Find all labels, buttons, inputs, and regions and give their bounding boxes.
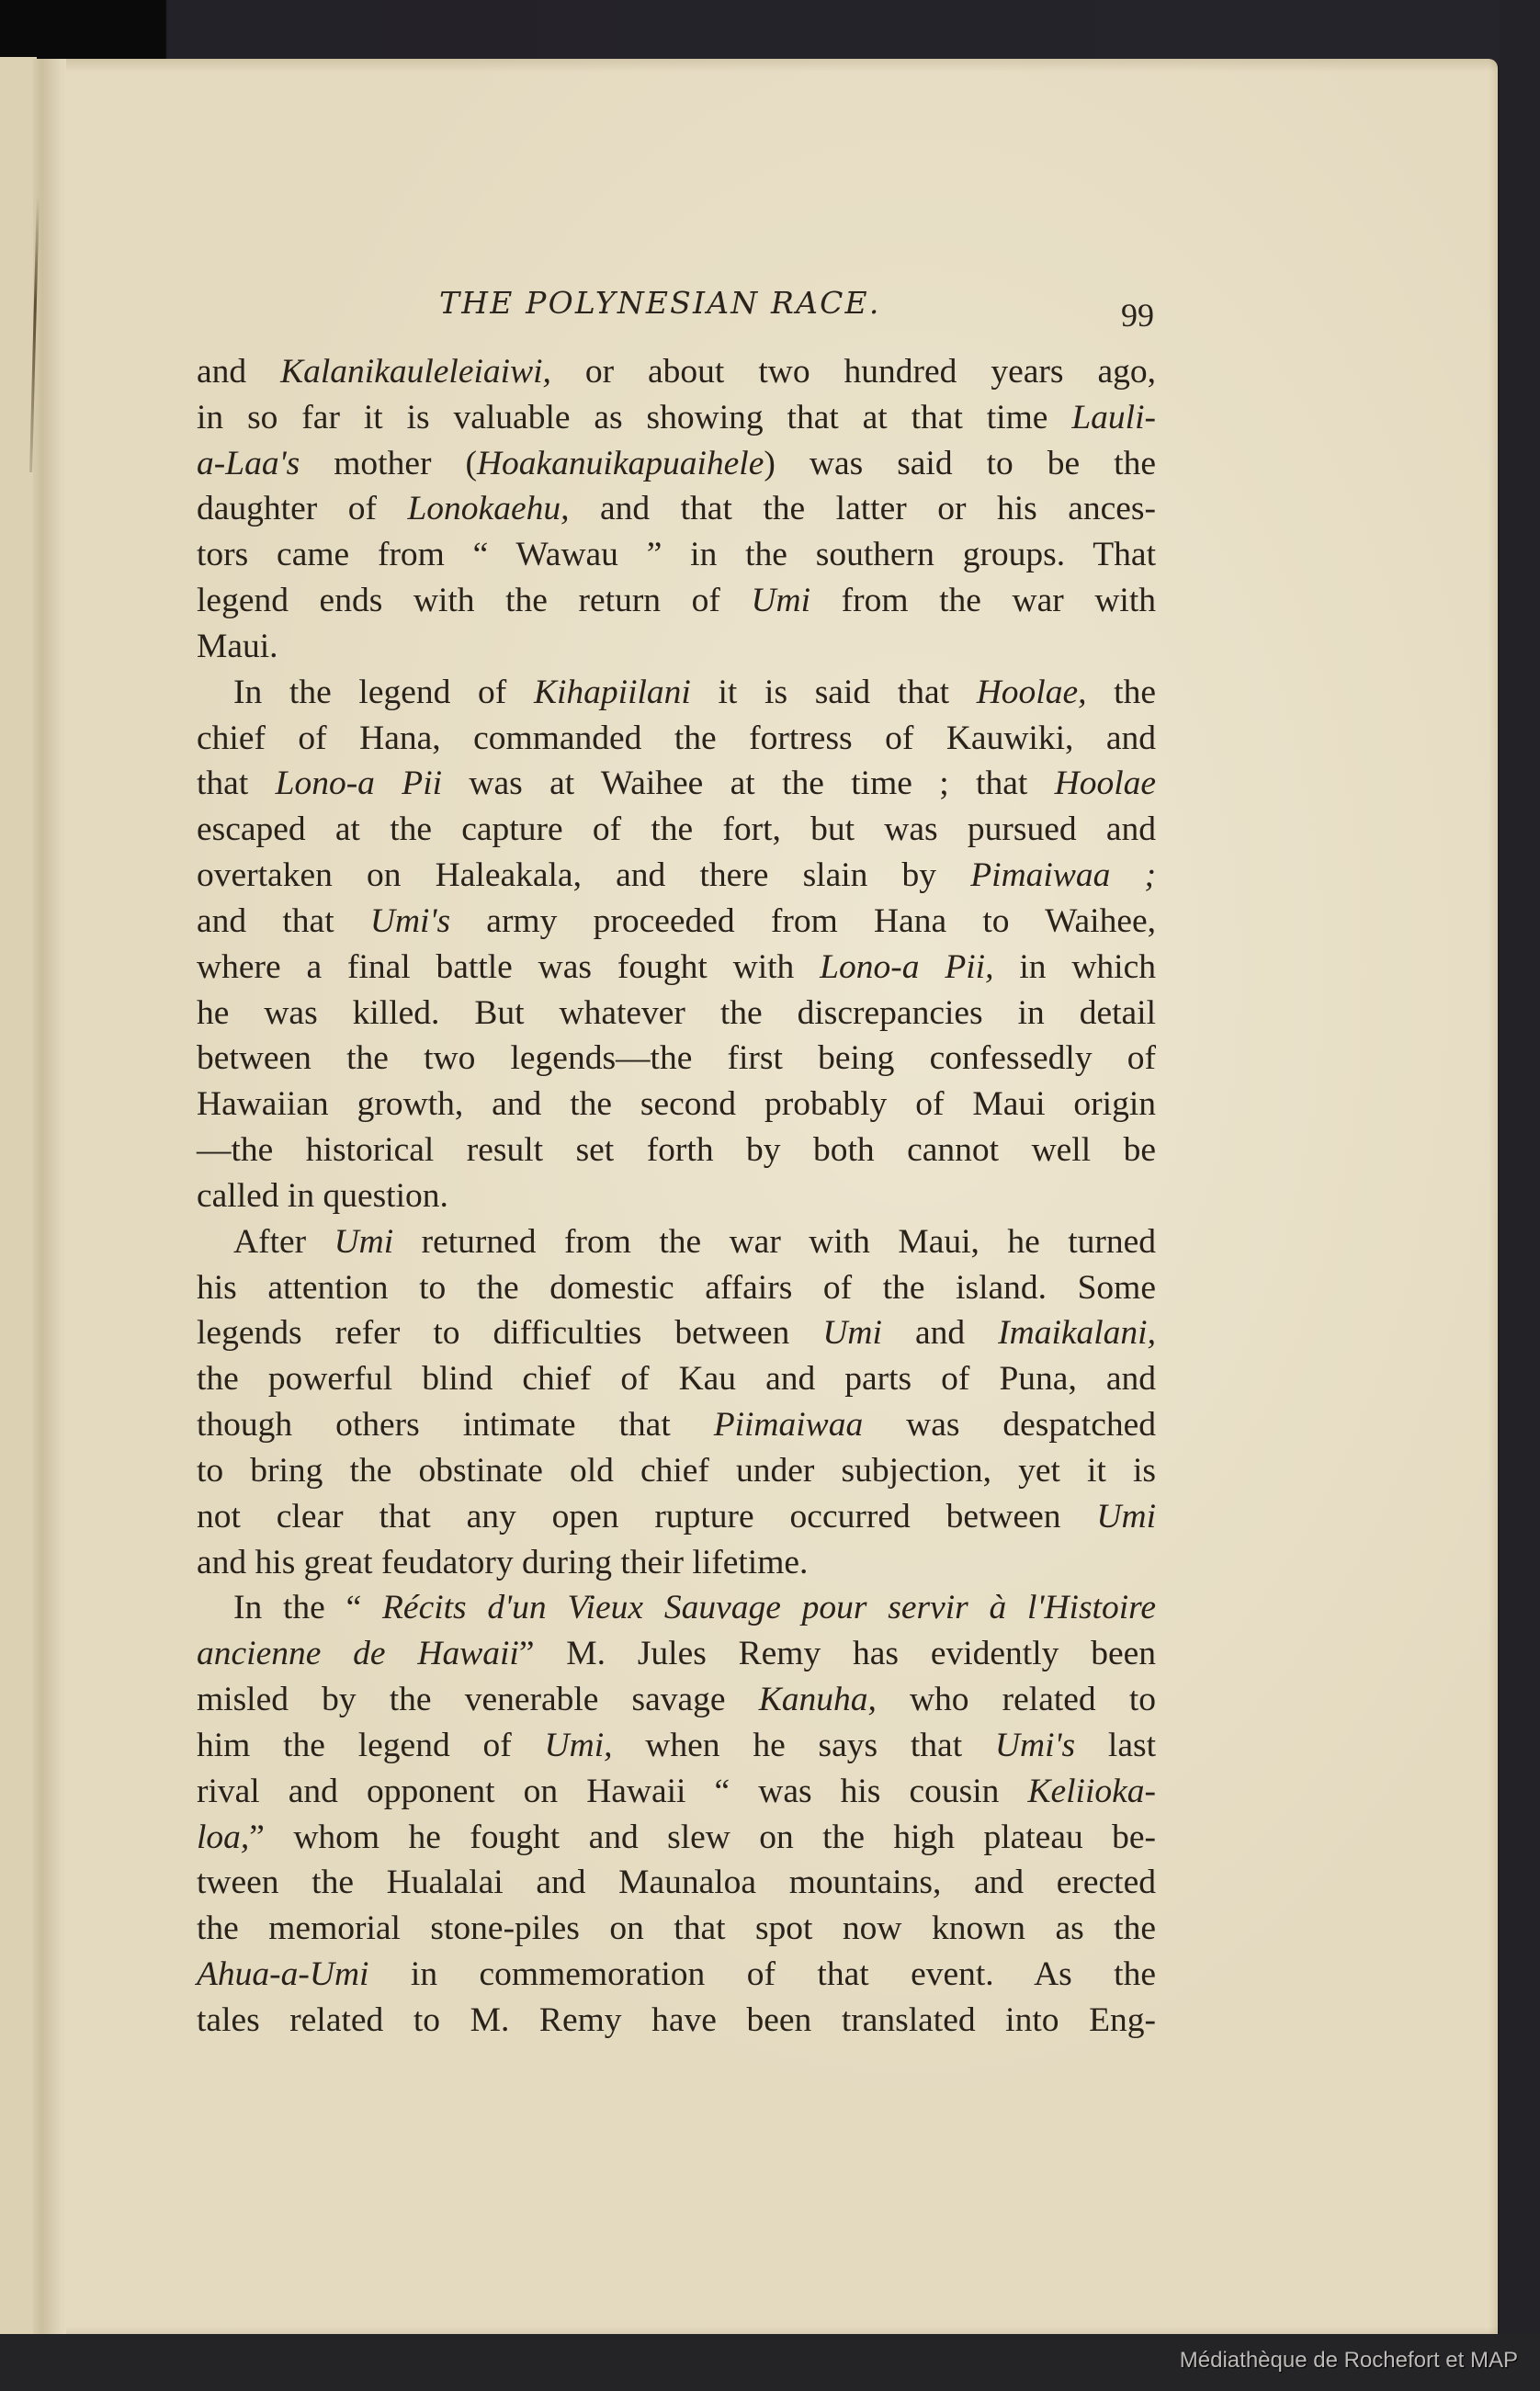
italic-text: Umi [334, 1223, 394, 1261]
italic-text: Umi, [545, 1727, 613, 1764]
text-segment: ” whom he fought and slew on the high pl… [249, 1819, 1156, 1856]
text-segment: and [197, 353, 280, 391]
text-segment: tors came from “ Wawau ” in the southern… [197, 536, 1156, 573]
text-line: a-Laa's mother (Hoakanuikapuaihele) was … [197, 441, 1156, 487]
scan-backdrop-right [1500, 0, 1540, 2391]
text-segment: was despatched [863, 1406, 1156, 1444]
italic-text: Imaikalani, [998, 1314, 1156, 1352]
text-line: ancienne de Hawaii” M. Jules Remy has ev… [197, 1631, 1156, 1677]
text-segment: In the “ [233, 1589, 382, 1626]
text-line: tales related to M. Remy have been trans… [197, 1998, 1156, 2044]
text-segment: and that [197, 902, 370, 940]
italic-text: ancienne de Hawaii [197, 1635, 519, 1672]
text-line: tors came from “ Wawau ” in the southern… [197, 532, 1156, 578]
text-segment: when he says that [613, 1727, 995, 1764]
italic-text: Hoolae [1055, 765, 1156, 802]
text-line: After Umi returned from the war with Mau… [197, 1219, 1156, 1265]
italic-text: Umi's [370, 902, 450, 940]
text-segment: or about two hundred years ago, [551, 353, 1156, 391]
text-segment: In the legend of [233, 674, 534, 711]
italic-text: Piimaiwaa [714, 1406, 864, 1444]
text-line: —the historical result set forth by both… [197, 1128, 1156, 1173]
text-segment: that [197, 765, 276, 802]
text-segment: where a final battle was fought with [197, 948, 820, 986]
italic-text: Lono-a Pii [276, 765, 442, 802]
text-line: his attention to the domestic affairs of… [197, 1265, 1156, 1311]
text-line: where a final battle was fought with Lon… [197, 945, 1156, 991]
body-text: and Kalanikauleleiaiwi, or about two hun… [197, 349, 1156, 2044]
italic-text: Lonokaehu, [407, 490, 569, 527]
text-line: that Lono-a Pii was at Waihee at the tim… [197, 761, 1156, 807]
text-segment: from the war with [810, 582, 1156, 619]
italic-text: Récits d'un Vieux Sauvage pour servir à … [382, 1589, 1156, 1626]
text-line: and that Umi's army proceeded from Hana … [197, 899, 1156, 945]
text-segment: army proceeded from Hana to Waihee, [450, 902, 1156, 940]
text-segment: tales related to M. Remy have been trans… [197, 2001, 1156, 2039]
italic-text: Hoolae, [977, 674, 1087, 711]
text-segment: it is said that [691, 674, 977, 711]
text-line: the powerful blind chief of Kau and part… [197, 1356, 1156, 1402]
text-segment: his attention to the domestic affairs of… [197, 1269, 1156, 1307]
text-line: not clear that any open rupture occurred… [197, 1494, 1156, 1540]
text-line: chief of Hana, commanded the fortress of… [197, 716, 1156, 762]
text-line: escaped at the capture of the fort, but … [197, 807, 1156, 853]
text-segment: mother ( [300, 445, 477, 482]
italic-text: Pimaiwaa ; [970, 856, 1156, 894]
page-number: 99 [1121, 296, 1154, 334]
text-segment: the powerful blind chief of Kau and part… [197, 1360, 1156, 1398]
text-segment: and his great feudatory during their lif… [197, 1544, 808, 1581]
italic-text: Kanuha, [759, 1681, 877, 1718]
text-line: Ahua-a-Umi in commemoration of that even… [197, 1952, 1156, 1998]
text-segment: in so far it is valuable as showing that… [197, 399, 1071, 436]
text-line: called in question. [197, 1173, 1156, 1219]
text-line: legends refer to difficulties between Um… [197, 1310, 1156, 1356]
text-segment: tween the Hualalai and Maunaloa mountain… [197, 1864, 1156, 1901]
italic-text: a-Laa's [197, 445, 300, 482]
text-line: In the legend of Kihapiilani it is said … [197, 670, 1156, 716]
text-segment: misled by the venerable savage [197, 1681, 759, 1718]
text-segment: between the two legends—the first being … [197, 1039, 1156, 1077]
text-line: him the legend of Umi, when he says that… [197, 1723, 1156, 1769]
text-line: misled by the venerable savage Kanuha, w… [197, 1677, 1156, 1723]
text-line: Maui. [197, 624, 1156, 670]
text-segment: legend ends with the return of [197, 582, 751, 619]
italic-text: loa, [197, 1819, 249, 1856]
text-segment: rival and opponent on Hawaii “ was his c… [197, 1773, 1027, 1810]
text-segment: ” M. Jules Remy has evidently been [519, 1635, 1156, 1672]
text-line: to bring the obstinate old chief under s… [197, 1448, 1156, 1494]
text-segment: escaped at the capture of the fort, but … [197, 810, 1156, 848]
text-segment: the memorial stone-piles on that spot no… [197, 1909, 1156, 1947]
scan-backdrop-top [0, 0, 1540, 64]
text-segment: him the legend of [197, 1727, 545, 1764]
text-segment: though others intimate that [197, 1406, 714, 1444]
text-segment: and [882, 1314, 998, 1352]
text-segment: Hawaiian growth, and the second probably… [197, 1085, 1156, 1123]
text-segment: legends refer to difficulties between [197, 1314, 822, 1352]
page-gutter [33, 59, 66, 2338]
text-segment: Maui. [197, 628, 278, 665]
italic-text: Keliioka- [1027, 1773, 1156, 1810]
watermark: Médiathèque de Rochefort et MAP [1180, 2348, 1518, 2374]
text-segment: in commemoration of that event. As the [368, 1955, 1156, 1993]
text-line: the memorial stone-piles on that spot no… [197, 1906, 1156, 1952]
italic-text: Lauli- [1071, 399, 1156, 436]
text-segment: called in question. [197, 1177, 448, 1215]
text-segment: chief of Hana, commanded the fortress of… [197, 720, 1156, 757]
text-segment: daughter of [197, 490, 407, 527]
text-segment: he was killed. But whatever the discrepa… [197, 994, 1156, 1032]
text-segment: in which [993, 948, 1156, 986]
text-line: tween the Hualalai and Maunaloa mountain… [197, 1860, 1156, 1906]
text-segment: overtaken on Haleakala, and there slain … [197, 856, 970, 894]
italic-text: Umi's [995, 1727, 1075, 1764]
text-line: and his great feudatory during their lif… [197, 1540, 1156, 1586]
text-line: Hawaiian growth, and the second probably… [197, 1082, 1156, 1128]
text-line: loa,” whom he fought and slew on the hig… [197, 1815, 1156, 1861]
italic-text: Hoakanuikapuaihele [477, 445, 764, 482]
text-line: he was killed. But whatever the discrepa… [197, 991, 1156, 1037]
italic-text: Umi [751, 582, 810, 619]
text-line: In the “ Récits d'un Vieux Sauvage pour … [197, 1585, 1156, 1631]
text-line: and Kalanikauleleiaiwi, or about two hun… [197, 349, 1156, 395]
italic-text: Kalanikauleleiaiwi, [280, 353, 551, 391]
text-segment: returned from the war with Maui, he turn… [393, 1223, 1156, 1261]
text-segment: After [233, 1223, 334, 1261]
text-segment: and that the latter or his ances- [569, 490, 1156, 527]
text-line: daughter of Lonokaehu, and that the latt… [197, 486, 1156, 532]
text-segment: last [1075, 1727, 1156, 1764]
italic-text: Umi [822, 1314, 882, 1352]
text-segment: to bring the obstinate old chief under s… [197, 1452, 1156, 1490]
text-segment: who related to [877, 1681, 1156, 1718]
text-segment: the [1087, 674, 1157, 711]
italic-text: Umi [1096, 1498, 1156, 1535]
text-line: in so far it is valuable as showing that… [197, 395, 1156, 441]
text-segment: was at Waihee at the time ; that [442, 765, 1055, 802]
italic-text: Lono-a Pii, [820, 948, 993, 986]
text-segment: ) was said to be the [764, 445, 1156, 482]
text-line: legend ends with the return of Umi from … [197, 578, 1156, 624]
italic-text: Ahua-a-Umi [197, 1955, 368, 1993]
text-segment: not clear that any open rupture occurred… [197, 1498, 1096, 1535]
running-head: THE POLYNESIAN RACE. [439, 285, 881, 321]
text-line: rival and opponent on Hawaii “ was his c… [197, 1769, 1156, 1815]
text-line: between the two legends—the first being … [197, 1036, 1156, 1082]
text-segment: —the historical result set forth by both… [197, 1131, 1156, 1169]
text-line: though others intimate that Piimaiwaa wa… [197, 1402, 1156, 1448]
italic-text: Kihapiilani [534, 674, 691, 711]
text-line: overtaken on Haleakala, and there slain … [197, 853, 1156, 899]
